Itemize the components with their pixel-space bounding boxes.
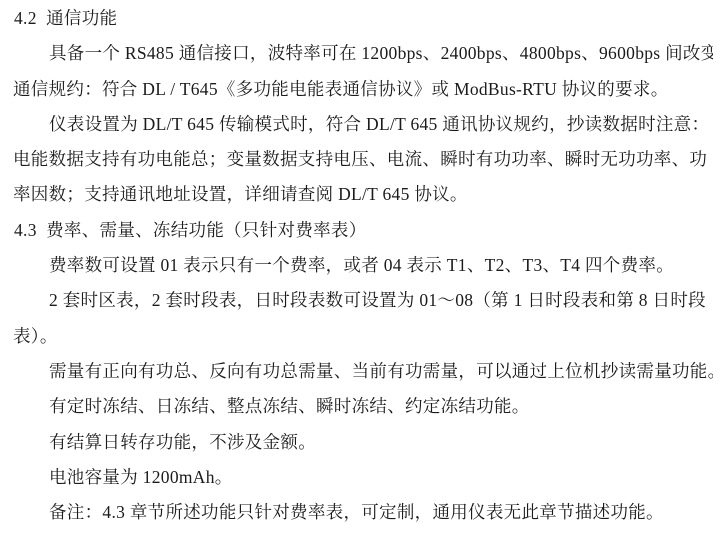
text-line: 通信规约：符合 DL / T645《多功能电能表通信协议》或 ModBus-RT…: [13, 72, 713, 107]
text-line: 仪表设置为 DL/T 645 传输模式时，符合 DL/T 645 通讯协议规约，…: [13, 107, 713, 142]
text-line: 具备一个 RS485 通信接口，波特率可在 1200bps、2400bps、48…: [13, 36, 713, 71]
text-line: 有定时冻结、日冻结、整点冻结、瞬时冻结、约定冻结功能。: [13, 389, 713, 424]
text-line: 表）。: [13, 319, 713, 354]
text-line: 需量有正向有功总、反向有功总需量、当前有功需量，可以通过上位机抄读需量功能。: [13, 354, 713, 389]
text-line: 有结算日转存功能，不涉及金额。: [13, 425, 713, 460]
text-line: 率因数；支持通讯地址设置，详细请查阅 DL/T 645 协议。: [13, 177, 713, 212]
text-line: 备注：4.3 章节所述功能只针对费率表，可定制，通用仪表无此章节描述功能。: [13, 495, 713, 530]
text-line: 费率数可设置 01 表示只有一个费率，或者 04 表示 T1、T2、T3、T4 …: [13, 248, 713, 283]
text-line: 电能数据支持有功电能总；变量数据支持电压、电流、瞬时有功功率、瞬时无功功率、功: [13, 142, 713, 177]
section-heading-4-3: 4.3 费率、需量、冻结功能（只针对费率表）: [13, 213, 713, 248]
text-line: 2 套时区表，2 套时段表，日时段表数可设置为 01～08（第 1 日时段表和第…: [13, 283, 713, 318]
section-heading-4-2: 4.2 通信功能: [13, 1, 713, 36]
document-page: 4.2 通信功能 具备一个 RS485 通信接口，波特率可在 1200bps、2…: [0, 0, 721, 553]
text-line: 电池容量为 1200mAh。: [13, 460, 713, 495]
